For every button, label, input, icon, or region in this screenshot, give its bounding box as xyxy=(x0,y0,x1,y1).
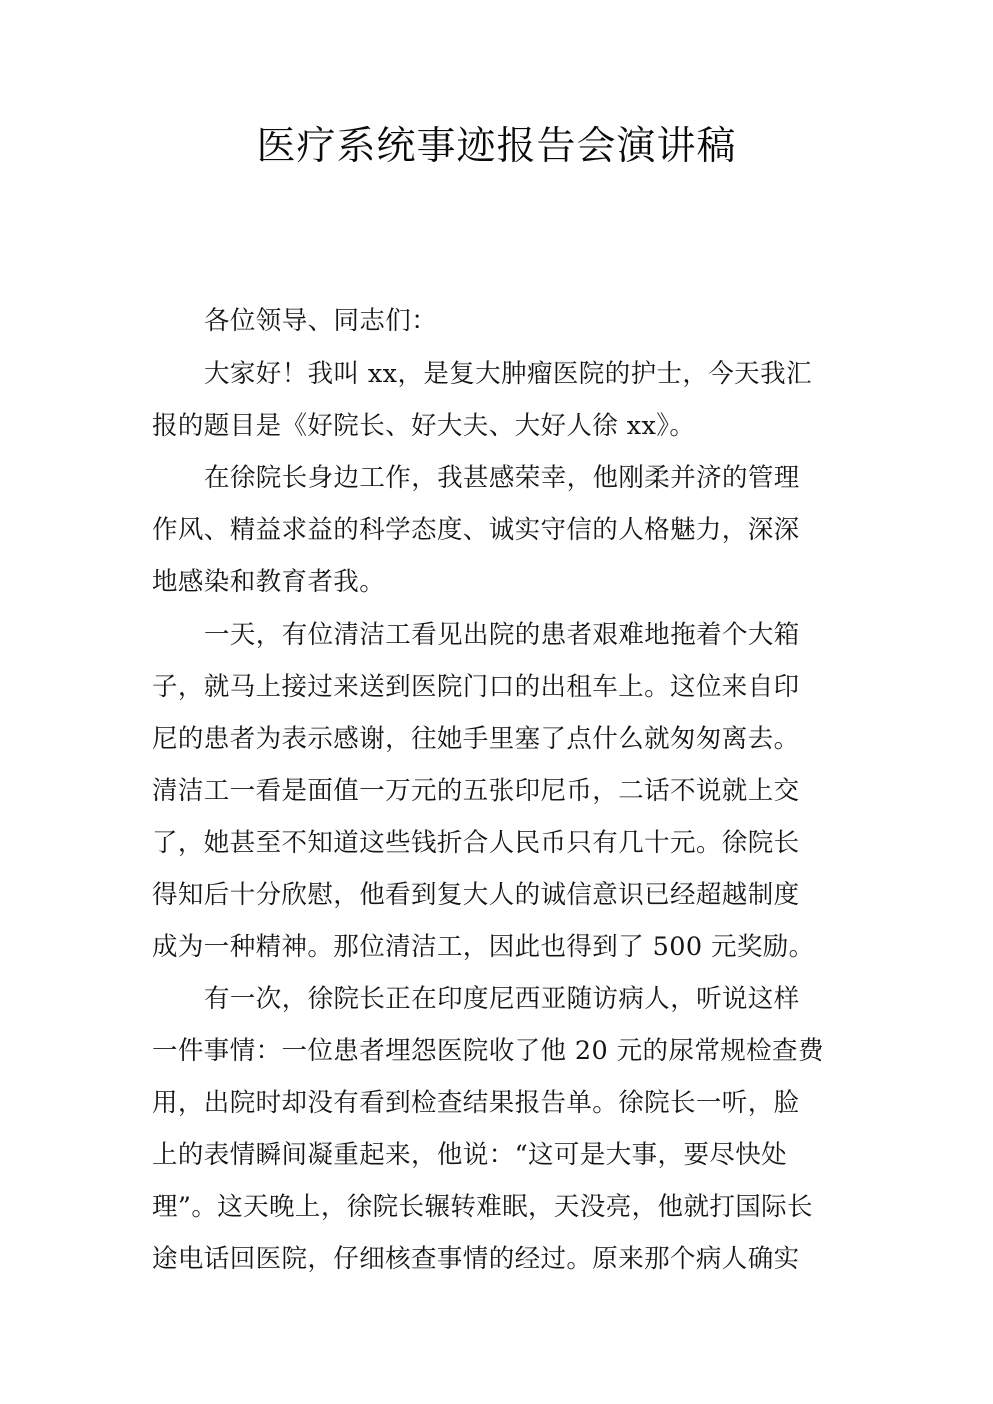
paragraph-indonesia-line-3: 用，出院时却没有看到检查结果报告单。徐院长一听，脸 xyxy=(152,1086,800,1120)
paragraph-indonesia-line-2: 一件事情：一位患者埋怨医院收了他 20 元的尿常规检查费 xyxy=(152,1034,824,1068)
document-page: 医疗系统事迹报告会演讲稿 各位领导、同志们： 大家好！我叫 xx，是复大肿瘤医院… xyxy=(0,0,993,1404)
paragraph-cleaner-line-4: 清洁工一看是面值一万元的五张印尼币，二话不说就上交 xyxy=(152,774,800,808)
paragraph-intro-line-1: 大家好！我叫 xx，是复大肿瘤医院的护士，今天我汇 xyxy=(204,357,812,391)
paragraph-indonesia-line-1: 有一次，徐院长正在印度尼西亚随访病人，听说这样 xyxy=(204,982,800,1016)
paragraph-cleaner-line-2: 子，就马上接过来送到医院门口的出租车上。这位来自印 xyxy=(152,670,800,704)
paragraph-indonesia-line-5: 理”。这天晚上，徐院长辗转难眠，天没亮，他就打国际长 xyxy=(152,1190,813,1224)
paragraph-indonesia-line-6: 途电话回医院，仔细核查事情的经过。原来那个病人确实 xyxy=(152,1242,800,1276)
paragraph-greeting-line: 各位领导、同志们： xyxy=(204,304,437,338)
paragraph-indonesia-line-4: 上的表情瞬间凝重起来，他说：“这可是大事，要尽快处 xyxy=(152,1138,787,1172)
document-title: 医疗系统事迹报告会演讲稿 xyxy=(0,122,993,172)
paragraph-cleaner-line-5: 了，她甚至不知道这些钱折合人民币只有几十元。徐院长 xyxy=(152,826,800,860)
paragraph-cleaner-line-7: 成为一种精神。那位清洁工，因此也得到了 500 元奖励。 xyxy=(152,930,815,964)
paragraph-cleaner-line-6: 得知后十分欣慰，他看到复大人的诚信意识已经超越制度 xyxy=(152,878,800,912)
paragraph-work-line-3: 地感染和教育者我。 xyxy=(152,565,385,599)
paragraph-cleaner-line-1: 一天，有位清洁工看见出院的患者艰难地拖着个大箱 xyxy=(204,618,800,652)
paragraph-work-line-2: 作风、精益求益的科学态度、诚实守信的人格魅力，深深 xyxy=(152,513,800,547)
paragraph-intro-line-2: 报的题目是《好院长、好大夫、大好人徐 xx》。 xyxy=(152,409,695,443)
paragraph-cleaner-line-3: 尼的患者为表示感谢，往她手里塞了点什么就匆匆离去。 xyxy=(152,722,800,756)
paragraph-work-line-1: 在徐院长身边工作，我甚感荣幸，他刚柔并济的管理 xyxy=(204,461,800,495)
